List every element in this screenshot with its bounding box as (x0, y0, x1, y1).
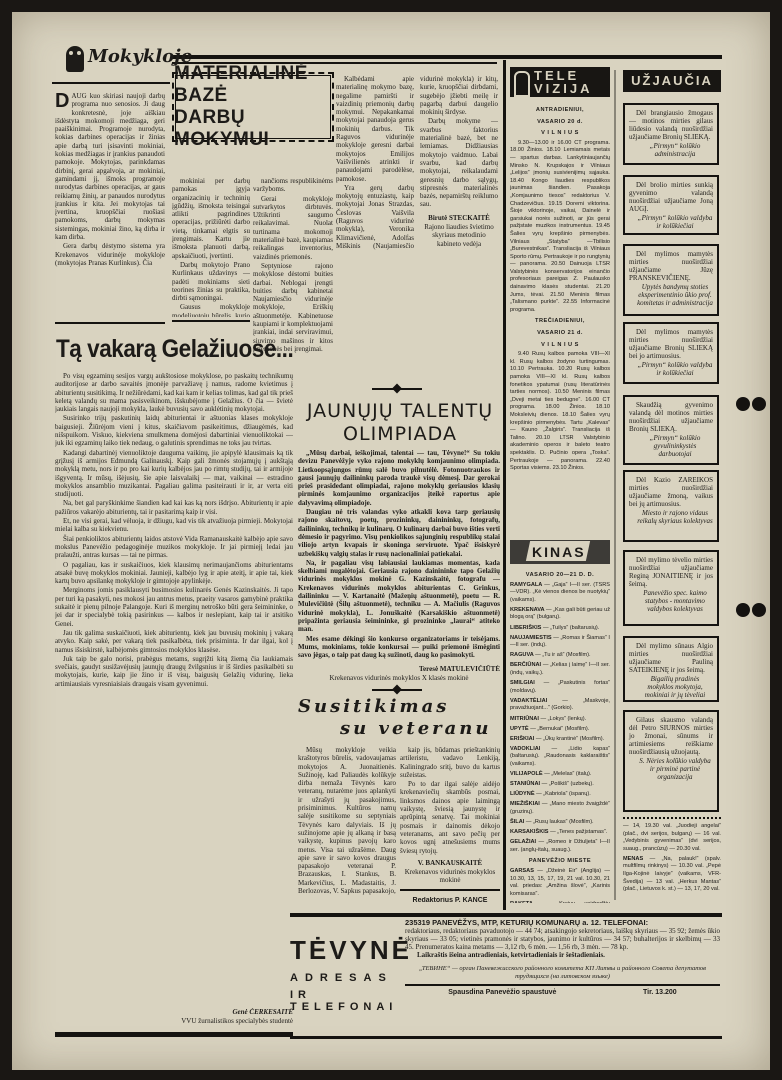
footer-masthead: TĖVYNĖ ADRESAS IR TELEFONAI (290, 935, 390, 1013)
article-column: nančioms respublikinėms varžyboms. Gerai… (253, 177, 333, 355)
condolence-notice: Dėl brangiausio žmogaus — motinos mirtie… (623, 103, 719, 165)
printer: Spausdina Panevėžio spaustuvė (448, 989, 556, 997)
ornament-divider (372, 388, 422, 390)
signature: Teresė MATULEVIČIŪTĖ Krekenavos vidurinė… (298, 665, 500, 683)
cinema-listing: SMILGIAI — „Paskutinis fortas“ (moldavų)… (510, 680, 610, 695)
condolences-logo: UŽJAUČIA (623, 70, 721, 92)
cinema-listing: LIBERIŠKIS — „Tuilys“ (baltarusių). (510, 625, 610, 633)
cinema-listing: KARSAKIŠKIS — „Tenes pažįstamas“. (510, 829, 610, 837)
condolence-notice: Skaudžią gyvenimo valandą dėl motinos mi… (623, 395, 719, 465)
address: 235319 PANEVĖŽYS, MTP, KETURIŲ KOMUNARŲ … (405, 919, 720, 927)
binding-hole (752, 397, 766, 411)
owl-icon (66, 46, 84, 72)
section-masthead: Mokykloje (52, 42, 170, 84)
column-rule (503, 60, 506, 910)
editor-credit: Redaktorius P. KANCĖ (400, 897, 500, 907)
tv-listings: ANTRADIENIUI, VASARIO 20 d. V I L N I U … (510, 103, 610, 535)
cinema-listing: RAGUVA — „Tu ir aš“ (Mosfilm). (510, 652, 610, 660)
article-gelaziai-body: Po visų egzaminų sesijos vargų aukštosio… (55, 372, 293, 932)
divider (172, 320, 250, 322)
top-rule (172, 55, 722, 59)
cinema-listing: VILIJAPOLĖ — „Melelas“ (italų). (510, 771, 610, 779)
author-role: Rajono liaudies švietimo skyriaus metodi… (420, 223, 498, 248)
cinema-listing: BERČIŪNAI — „Kelias į laimę“ I—II ser. (… (510, 662, 610, 677)
divider (55, 322, 165, 324)
cinema-listing: VADOKLIAI — „Lidio kapas“ (baltarusių). … (510, 746, 610, 769)
cinema-listing: GELAŽIAI — „Romeo ir Džiuljeta“ I—II ser… (510, 839, 610, 854)
schedule: Laikraštis išeina antradieniais, ketvirt… (405, 951, 720, 959)
circulation: Tir. 13.200 (643, 989, 677, 997)
headline-veteranu: Susitikimas su veteranu (298, 696, 492, 740)
cinema-listing: MITRIŪNAI — „Lokys“ (lenkų). (510, 716, 610, 724)
headline-material-base: MATERIALINĖ BAZĖ DARBŲ MOKYMUI (172, 72, 334, 142)
phones: redaktoriaus, redaktoriaus pavaduotojo —… (405, 927, 720, 951)
cinema-listing: NAUJAMIESTIS — „Romas ir Šiamas“ I—II se… (510, 635, 610, 650)
headline-gelaziai: Tą vakarą Gelažiuose... (56, 335, 293, 364)
dropcap: D (55, 93, 69, 110)
ornament-divider (372, 689, 422, 691)
cinema-listing: STANIŪNAI — „Poškiš“ (uzbekų). (510, 781, 610, 789)
television-logo: TELE VIZIJA (510, 67, 610, 97)
headline-olimpiada: JAUNŲJŲ TALENTŲ OLIMPIADA (300, 400, 500, 446)
condolence-notice: Gilaus skausmo valandą dėl Petro SIURNOS… (623, 710, 719, 812)
article-column: kaip jis, būdamas prieštankinių artileri… (400, 746, 500, 886)
column-rule (614, 70, 616, 900)
cinema-listing: MIEŽIŠKIAI — „Mano miesto žvaigždė“ (gru… (510, 801, 610, 816)
cinema-listing: ŠILAI — „Rusų laukas“ (Mosfilm). (510, 819, 610, 827)
cinema-listing: KREKENAVA — „Kas gali būti geriau už blo… (510, 607, 610, 622)
cinema-listing: VADAKTĖLIAI — „Maskvoje, pravažiuojant..… (510, 698, 610, 713)
condolence-notice: Dėl mylimo tėvelio mirties nuoširdžiai u… (623, 550, 719, 626)
russian-imprint: „ТЕВИНЕ“ — орган Паневежисского районног… (405, 965, 720, 986)
footer-rule (290, 913, 722, 917)
divider (400, 889, 500, 891)
footer-contacts: 235319 PANEVĖŽYS, MTP, KETURIŲ KOMUNARŲ … (405, 919, 720, 997)
divider (55, 1032, 293, 1037)
cinema-listing: — 14, 19.30 val. „Juodieji angelai“ (pla… (623, 823, 721, 853)
cinema-listing: RAKETA — „Kreivų veidrodžių karalystė“ (… (510, 901, 610, 903)
binding-hole (736, 603, 750, 617)
article-column: Kalbėdami apie materialinę mokymo bazę, … (336, 75, 498, 380)
condolence-notice: Dėl mylimos mamytės mirties nuoširdžiai … (623, 244, 719, 316)
cinema-listing: ERIŠKIAI — „Ūkų krantinė“ (Mosfilm). (510, 736, 610, 744)
paper-name: TĖVYNĖ (290, 935, 390, 966)
footer-rule (290, 1036, 722, 1039)
cinema-listing: GARSAS — „Džeinė Eir“ (Anglija) — 10.30,… (510, 868, 610, 898)
cinema-listing: RAMYGALA — „Gaja“ I—II ser. (TSRS—VDR). … (510, 582, 610, 605)
article-column: Mūsų mokykloje veikia kraštotyros būreli… (298, 746, 396, 908)
condolence-notice: Dėl Kazio ZAREIKOS mirties nuoširdžiai u… (623, 470, 719, 542)
intro-column: DAUG kuo skiriasi naujoji darbų programa… (55, 92, 165, 317)
article-olimpiada-body: „Mūsų darbai, ieškojimai, talentai — tau… (298, 449, 500, 664)
cinema-listings-continued: — 14, 19.30 val. „Juodieji angelai“ (pla… (623, 817, 721, 907)
cinema-listing: UPYTĖ — „Bernukai“ (Mosfilm). (510, 726, 610, 734)
binding-hole (736, 397, 750, 411)
cinema-listing: LIŪDYNĖ — „Kabriola“ (ispanų). (510, 791, 610, 799)
condolence-notice: Dėl mylimo sūnaus Algio mirties nuoširdž… (623, 636, 719, 702)
condolence-notice: Dėl brolio mirties sunkią gyvenimo valan… (623, 175, 719, 235)
cinema-listings: VASARIO 20—21 D. D. RAMYGALA — „Gaja“ I—… (510, 568, 610, 903)
condolence-notice: Dėl mylimos mamytės mirties nuoširdžiai … (623, 322, 719, 384)
antenna-icon (514, 71, 530, 97)
signature: Genė ČERKESAITĖ VVU žurnalistikos specia… (55, 1008, 293, 1030)
cinema-listing: MENAS — „Na, palauk!“ (spalv. multfilmų … (623, 856, 721, 894)
article-column: mokiniai per darbų pamokas įgyja organiz… (172, 177, 250, 317)
author-name: Birutė STECKAITĖ (420, 214, 498, 222)
cinema-logo: KINAS (510, 540, 610, 564)
binding-hole (752, 603, 766, 617)
